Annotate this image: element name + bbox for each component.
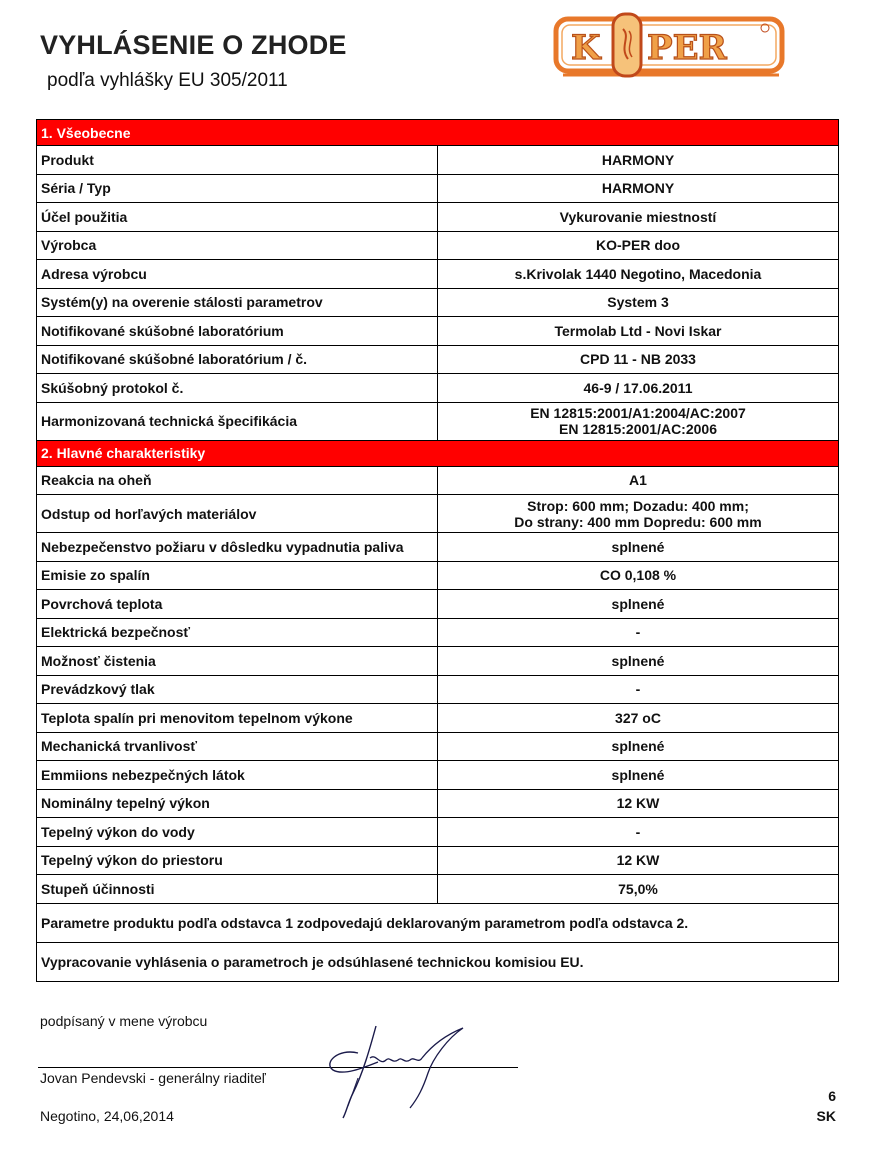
row-value: splnené xyxy=(438,647,839,676)
row-label: Možnosť čistenia xyxy=(37,647,438,676)
section-title: 1. Všeobecne xyxy=(37,120,839,146)
row-value: CPD 11 - NB 2033 xyxy=(438,345,839,374)
svg-text:PER: PER xyxy=(647,28,727,68)
row-value-line: splnené xyxy=(442,596,834,612)
row-value-line: s.Krivolak 1440 Negotino, Macedonia xyxy=(442,266,834,282)
declaration-table: 1. VšeobecneProduktHARMONYSéria / TypHAR… xyxy=(36,119,839,982)
row-value: Strop: 600 mm; Dozadu: 400 mm;Do strany:… xyxy=(438,495,839,533)
document-title: VYHLÁSENIE O ZHODE xyxy=(40,30,347,61)
document-subtitle: podľa vyhlášky EU 305/2011 xyxy=(47,70,288,92)
table-row: Reakcia na oheňA1 xyxy=(37,466,839,495)
table-row: Tepelný výkon do vody- xyxy=(37,818,839,847)
table-row: Možnosť čisteniasplnené xyxy=(37,647,839,676)
row-label: Mechanická trvanlivosť xyxy=(37,732,438,761)
row-value: splnené xyxy=(438,761,839,790)
row-value-line: KO-PER doo xyxy=(442,237,834,253)
row-value: splnené xyxy=(438,590,839,619)
row-label: Nebezpečenstvo požiaru v dôsledku vypadn… xyxy=(37,533,438,562)
row-value-line: A1 xyxy=(442,472,834,488)
table-row: VýrobcaKO-PER doo xyxy=(37,231,839,260)
table-row: Notifikované skúšobné laboratórium / č.C… xyxy=(37,345,839,374)
koper-logo: K PER xyxy=(553,11,789,85)
row-value-line: CPD 11 - NB 2033 xyxy=(442,351,834,367)
row-value: - xyxy=(438,618,839,647)
table-row: Odstup od horľavých materiálovStrop: 600… xyxy=(37,495,839,533)
row-value-line: HARMONY xyxy=(442,180,834,196)
row-value: 327 oC xyxy=(438,704,839,733)
row-value: System 3 xyxy=(438,288,839,317)
row-value-line: CO 0,108 % xyxy=(442,567,834,583)
row-label: Stupeň účinnosti xyxy=(37,875,438,904)
row-value: 12 KW xyxy=(438,789,839,818)
row-label: Výrobca xyxy=(37,231,438,260)
row-value: - xyxy=(438,675,839,704)
row-value-line: System 3 xyxy=(442,294,834,310)
section-header: 1. Všeobecne xyxy=(37,120,839,146)
row-value-line: 12 KW xyxy=(442,852,834,868)
table-row: Harmonizovaná technická špecifikáciaEN 1… xyxy=(37,402,839,440)
row-label: Účel použitia xyxy=(37,203,438,232)
row-label: Tepelný výkon do vody xyxy=(37,818,438,847)
table-row: Emmiions nebezpečných látoksplnené xyxy=(37,761,839,790)
row-value: 46-9 / 17.06.2011 xyxy=(438,374,839,403)
row-label: Notifikované skúšobné laboratórium / č. xyxy=(37,345,438,374)
section-header: 2. Hlavné charakteristiky xyxy=(37,440,839,466)
row-value-line: 46-9 / 17.06.2011 xyxy=(442,380,834,396)
row-label: Adresa výrobcu xyxy=(37,260,438,289)
row-value-line: splnené xyxy=(442,539,834,555)
row-value-line-2: EN 12815:2001/AC:2006 xyxy=(442,421,834,437)
row-label: Reakcia na oheň xyxy=(37,466,438,495)
row-value: KO-PER doo xyxy=(438,231,839,260)
row-value: HARMONY xyxy=(438,174,839,203)
table-row: ProduktHARMONY xyxy=(37,146,839,175)
row-label: Séria / Typ xyxy=(37,174,438,203)
table-row: Účel použitiaVykurovanie miestností xyxy=(37,203,839,232)
row-label: Povrchová teplota xyxy=(37,590,438,619)
table-row: Tepelný výkon do priestoru12 KW xyxy=(37,846,839,875)
row-label: Skúšobný protokol č. xyxy=(37,374,438,403)
row-value-line: 12 KW xyxy=(442,795,834,811)
row-value-line: - xyxy=(442,624,834,640)
row-label: Elektrická bezpečnosť xyxy=(37,618,438,647)
row-label: Nominálny tepelný výkon xyxy=(37,789,438,818)
table-row: Teplota spalín pri menovitom tepelnom vý… xyxy=(37,704,839,733)
row-value-line: splnené xyxy=(442,738,834,754)
row-value-line: HARMONY xyxy=(442,152,834,168)
row-label: Harmonizovaná technická špecifikácia xyxy=(37,402,438,440)
table-row: Nebezpečenstvo požiaru v dôsledku vypadn… xyxy=(37,533,839,562)
language-code: SK xyxy=(808,1108,836,1124)
svg-text:K: K xyxy=(571,28,602,68)
row-label: Emmiions nebezpečných látok xyxy=(37,761,438,790)
page-number: 6 xyxy=(820,1088,836,1104)
row-value-line: Strop: 600 mm; Dozadu: 400 mm; xyxy=(442,498,834,514)
table-row: Povrchová teplotasplnené xyxy=(37,590,839,619)
note-text: Vypracovanie vyhlásenia o parametroch je… xyxy=(37,942,839,981)
table-row: Mechanická trvanlivosťsplnené xyxy=(37,732,839,761)
row-label: Emisie zo spalín xyxy=(37,561,438,590)
row-value-line: splnené xyxy=(442,653,834,669)
table-row: Prevádzkový tlak- xyxy=(37,675,839,704)
table-row: Systém(y) na overenie stálosti parametro… xyxy=(37,288,839,317)
row-value: A1 xyxy=(438,466,839,495)
table-row: Séria / TypHARMONY xyxy=(37,174,839,203)
row-value: Termolab Ltd - Novi Iskar xyxy=(438,317,839,346)
row-value: Vykurovanie miestností xyxy=(438,203,839,232)
row-label: Produkt xyxy=(37,146,438,175)
table-row: Notifikované skúšobné laboratóriumTermol… xyxy=(37,317,839,346)
row-value-line: 327 oC xyxy=(442,710,834,726)
note-text: Parametre produktu podľa odstavca 1 zodp… xyxy=(37,903,839,942)
table-row: Stupeň účinnosti75,0% xyxy=(37,875,839,904)
row-label: Systém(y) na overenie stálosti parametro… xyxy=(37,288,438,317)
row-value: CO 0,108 % xyxy=(438,561,839,590)
row-value: 75,0% xyxy=(438,875,839,904)
row-value-line: EN 12815:2001/A1:2004/AC:2007 xyxy=(442,405,834,421)
row-label: Teplota spalín pri menovitom tepelnom vý… xyxy=(37,704,438,733)
table-row: Emisie zo spalínCO 0,108 % xyxy=(37,561,839,590)
row-value: splnené xyxy=(438,732,839,761)
declaration-note: Parametre produktu podľa odstavca 1 zodp… xyxy=(37,903,839,942)
row-value: - xyxy=(438,818,839,847)
signatory-name: Jovan Pendevski - generálny riaditeľ xyxy=(40,1070,266,1086)
row-value: HARMONY xyxy=(438,146,839,175)
row-label: Odstup od horľavých materiálov xyxy=(37,495,438,533)
handwritten-signature xyxy=(318,1018,483,1123)
section-title: 2. Hlavné charakteristiky xyxy=(37,440,839,466)
row-value-line: - xyxy=(442,824,834,840)
row-value-line: splnené xyxy=(442,767,834,783)
declaration-note: Vypracovanie vyhlásenia o parametroch je… xyxy=(37,942,839,981)
row-value-line: Vykurovanie miestností xyxy=(442,209,834,225)
row-value: EN 12815:2001/A1:2004/AC:2007EN 12815:20… xyxy=(438,402,839,440)
table-row: Elektrická bezpečnosť- xyxy=(37,618,839,647)
row-label: Prevádzkový tlak xyxy=(37,675,438,704)
table-row: Adresa výrobcus.Krivolak 1440 Negotino, … xyxy=(37,260,839,289)
row-label: Tepelný výkon do priestoru xyxy=(37,846,438,875)
table-row: Skúšobný protokol č.46-9 / 17.06.2011 xyxy=(37,374,839,403)
row-value-line: - xyxy=(442,681,834,697)
signed-caption: podpísaný v mene výrobcu xyxy=(40,1013,207,1029)
row-label: Notifikované skúšobné laboratórium xyxy=(37,317,438,346)
row-value-line-2: Do strany: 400 mm Dopredu: 600 mm xyxy=(442,514,834,530)
place-date: Negotino, 24,06,2014 xyxy=(40,1108,174,1124)
row-value-line: Termolab Ltd - Novi Iskar xyxy=(442,323,834,339)
row-value: s.Krivolak 1440 Negotino, Macedonia xyxy=(438,260,839,289)
row-value: splnené xyxy=(438,533,839,562)
row-value: 12 KW xyxy=(438,846,839,875)
table-row: Nominálny tepelný výkon12 KW xyxy=(37,789,839,818)
row-value-line: 75,0% xyxy=(442,881,834,897)
